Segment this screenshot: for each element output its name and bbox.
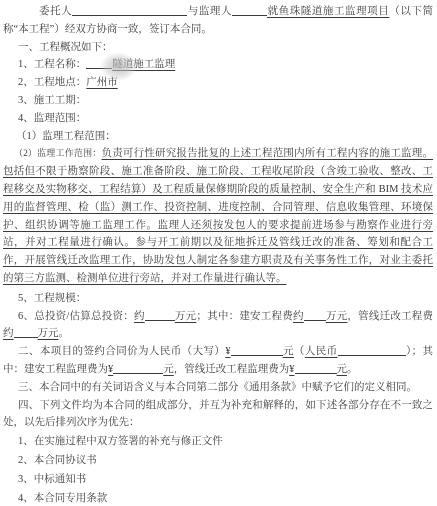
blank-underline-field [72,3,187,16]
blank-underline-field [295,361,337,374]
text-run: 2、本合同协议书 [18,455,97,466]
item-construction-period: 3、施工工期： [3,92,433,110]
text-run: 一、工程概况如下： [18,42,113,53]
text-run: 3、中标通知书 [18,474,86,485]
text-run: 万元 [175,311,197,322]
text-run: 与监理人 [187,6,232,17]
section-4-contract-documents: 四、下列文件均为本合同的组成部分，并互为补充和解释的，如下述各部分存在不一致之处… [3,397,433,433]
text-run: 委托人 [39,6,72,17]
sub-item-supervision-work-scope: （2）监理工作范围：负责可行性研究报告批复的上述工程范围内所有工程内容的施工监理… [3,145,433,287]
text-run: 广州市 [86,77,118,88]
blank-underline-field [14,325,38,338]
text-run: ；其中：建安工程费 [196,311,293,322]
blank-underline-field [338,343,406,356]
text-run: 4、监理范围： [18,113,86,124]
item-project-location: 2、工程地点：广州市 [3,74,433,92]
blank-underline-field [86,56,112,69]
contract-doc-item-2: 2、本合同协议书 [3,452,433,470]
item-supervision-scope: 4、监理范围： [3,110,433,128]
text-run: 元 [163,364,174,375]
contract-doc-item-4: 4、本合同专用条款 [3,490,433,506]
text-run: 约 [293,311,304,322]
text-run: 5、工程规模： [18,293,86,304]
text-run: 元 [283,346,294,357]
blank-underline-field [145,308,175,321]
text-run: 约 [3,328,14,339]
text-run: 万元 [38,328,59,339]
item-project-name: 1、工程名称：隧道施工监理 [3,56,433,74]
blank-underline-field [231,343,283,356]
text-run: 隧道施工监理 [112,59,175,70]
opening-clause: 委托人与监理人就鱼珠隧道施工监理项目（以下简称“本工程”）经双方协商一致，签订本… [3,3,433,39]
sub-item-supervision-engineering-scope: （1）监理工程范围： [3,128,433,146]
text-run: （ [294,346,305,357]
contract-text-body: 委托人与监理人就鱼珠隧道施工监理项目（以下简称“本工程”）经双方协商一致，签订本… [3,3,433,506]
text-run: 二、本项目的签约合同价为人民币（大写） [18,346,225,357]
text-run: ，管线迁改工程费 [347,311,433,322]
item-total-investment: 6、总投资/估算总投资：约万元；其中：建安工程费约万元，管线迁改工程费约万元。 [3,308,433,344]
text-run: 约 [134,311,145,322]
text-run: 6、总投资/估算总投资： [18,311,134,322]
text-run: 三、本合同中的有关词语含义与本合同第二部分《通用条款》中赋予它们的定义相同。 [18,382,417,393]
text-run: 4、本合同专用条款 [18,493,107,504]
text-run: 万元 [326,311,348,322]
contract-doc-item-1: 1、在实施过程中双方签署的补充与修正文件 [3,433,433,451]
section-3-definitions: 三、本合同中的有关词语含义与本合同第二部分《通用条款》中赋予它们的定义相同。 [3,379,433,397]
section-2-contract-price: 二、本项目的签约合同价为人民币（大写）¥元（人民币）；其中：建安工程监理费为¥元… [3,343,433,379]
item-project-scale: 5、工程规模： [3,290,433,308]
text-run: 1、在实施过程中双方签署的补充与修正文件 [18,436,223,447]
section-1-heading: 一、工程概况如下： [3,39,433,57]
text-run: （2）监理工作范围： [14,148,102,158]
text-run: 2、工程地点： [18,77,86,88]
text-run: （1）监理工程范围： [16,131,116,142]
text-run: 人民币 [305,346,338,357]
contract-doc-item-3: 3、中标通知书 [3,471,433,489]
text-run: 负责可行性研究报告批复的上述工程范围内所有工程内容的施工监理。包括但不限于勘察阶… [3,148,433,284]
blank-underline-field [113,361,163,374]
text-run: 就鱼珠隧道施工监理项目 [267,6,389,17]
text-run: 。 [59,328,70,339]
text-run: 四、下列文件均为本合同的组成部分，并互为补充和解释的，如下述各部分存在不一致之处… [3,400,433,429]
blank-underline-field [304,308,326,321]
text-run: 1、工程名称： [18,59,86,70]
text-run: 元 [337,364,348,375]
text-run: 3、施工工期： [18,95,86,106]
blank-underline-field [232,3,267,16]
text-run: ，管线迁改工程监理费为 [174,364,290,375]
text-run: 。 [347,364,358,375]
document-page: 委托人与监理人就鱼珠隧道施工监理项目（以下简称“本工程”）经双方协商一致，签订本… [0,0,437,506]
